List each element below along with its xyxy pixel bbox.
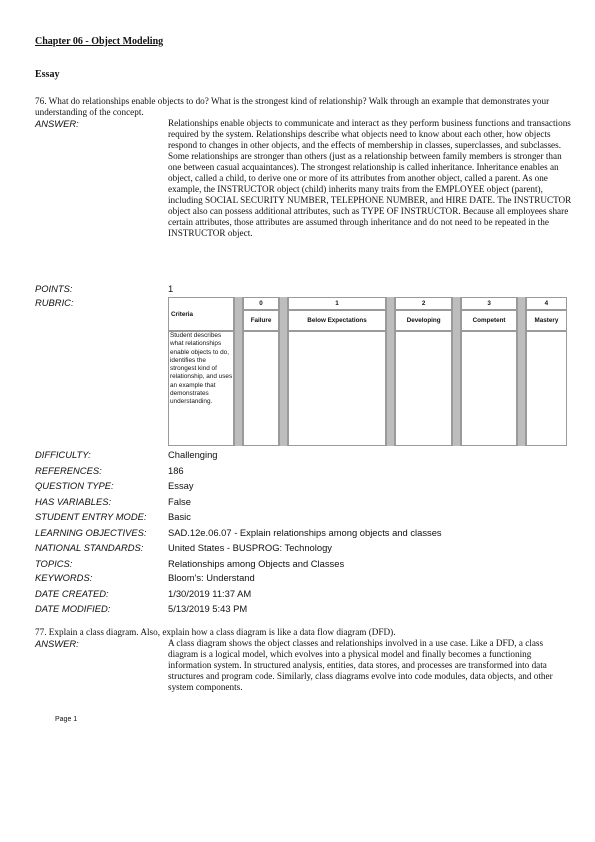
rubric-level-score: 2 <box>395 297 452 310</box>
answer-label: ANSWER: <box>35 638 79 649</box>
metadata-label: QUESTION TYPE: <box>35 480 114 491</box>
answer-label: ANSWER: <box>35 118 79 129</box>
metadata-label: KEYWORDS: <box>35 572 92 583</box>
metadata-label: STUDENT ENTRY MODE: <box>35 511 146 522</box>
rubric-cell-empty <box>288 331 386 446</box>
metadata-value: 5/13/2019 5:43 PM <box>168 603 247 614</box>
answer-text: Relationships enable objects to communic… <box>168 118 573 239</box>
metadata-value: SAD.12e.06.07 - Explain relationships am… <box>168 527 442 538</box>
rubric-label: RUBRIC: <box>35 297 74 308</box>
points-label: POINTS: <box>35 283 73 294</box>
metadata-label: NATIONAL STANDARDS: <box>35 542 143 553</box>
metadata-row: DATE CREATED: 1/30/2019 11:37 AM <box>0 588 595 603</box>
rubric-level-score: 1 <box>288 297 386 310</box>
chapter-title: Chapter 06 - Object Modeling <box>35 36 163 47</box>
metadata-row: REFERENCES: 186 <box>0 465 595 480</box>
points-value: 1 <box>168 283 173 294</box>
answer-text: A class diagram shows the object classes… <box>168 638 573 693</box>
metadata-row: HAS VARIABLES: False <box>0 496 595 511</box>
metadata-value: United States - BUSPROG: Technology <box>168 542 332 553</box>
section-title: Essay <box>35 69 59 80</box>
rubric-level-score: 4 <box>526 297 567 310</box>
metadata-value: Basic <box>168 511 191 522</box>
rubric-level-score: 0 <box>243 297 279 310</box>
metadata-row: KEYWORDS: Bloom's: Understand <box>0 572 595 587</box>
metadata-label: DATE MODIFIED: <box>35 603 110 614</box>
metadata-row: DIFFICULTY: Challenging <box>0 449 595 464</box>
rubric-criteria-header: Criteria <box>168 297 234 331</box>
rubric-cell-empty <box>526 331 567 446</box>
question-text: 76. What do relationships enable objects… <box>35 96 575 118</box>
metadata-value: Relationships among Objects and Classes <box>168 558 344 569</box>
metadata-label: HAS VARIABLES: <box>35 496 111 507</box>
rubric-gutter <box>234 297 243 446</box>
metadata-value: Essay <box>168 480 194 491</box>
rubric-table: Criteria 0 1 2 3 4 Failure Below Expecta… <box>168 297 567 447</box>
rubric-cell-empty <box>461 331 517 446</box>
rubric-level-label: Developing <box>395 310 452 331</box>
metadata-label: DATE CREATED: <box>35 588 109 599</box>
metadata-row: QUESTION TYPE: Essay <box>0 480 595 495</box>
question-text: 77. Explain a class diagram. Also, expla… <box>35 627 575 638</box>
rubric-gutter <box>279 297 288 446</box>
rubric-level-label: Mastery <box>526 310 567 331</box>
metadata-value: Challenging <box>168 449 218 460</box>
page-number: Page 1 <box>55 716 77 723</box>
metadata-row: TOPICS: Relationships among Objects and … <box>0 558 595 573</box>
metadata-row: DATE MODIFIED: 5/13/2019 5:43 PM <box>0 603 595 618</box>
metadata-value: 186 <box>168 465 184 476</box>
rubric-criteria-text: Student describes what relationships ena… <box>168 331 234 446</box>
rubric-level-score: 3 <box>461 297 517 310</box>
metadata-label: LEARNING OBJECTIVES: <box>35 527 146 538</box>
rubric-gutter <box>386 297 395 446</box>
rubric-level-label: Competent <box>461 310 517 331</box>
metadata-row: NATIONAL STANDARDS: United States - BUSP… <box>0 542 595 557</box>
rubric-gutter <box>517 297 526 446</box>
metadata-row: LEARNING OBJECTIVES: SAD.12e.06.07 - Exp… <box>0 527 595 542</box>
metadata-value: 1/30/2019 11:37 AM <box>168 588 251 599</box>
rubric-level-label: Failure <box>243 310 279 331</box>
metadata-value: Bloom's: Understand <box>168 572 255 583</box>
metadata-value: False <box>168 496 191 507</box>
rubric-cell-empty <box>395 331 452 446</box>
metadata-label: TOPICS: <box>35 558 72 569</box>
rubric-cell-empty <box>243 331 279 446</box>
metadata-row: STUDENT ENTRY MODE: Basic <box>0 511 595 526</box>
metadata-label: REFERENCES: <box>35 465 102 476</box>
rubric-gutter <box>452 297 461 446</box>
metadata-label: DIFFICULTY: <box>35 449 91 460</box>
rubric-level-label: Below Expectations <box>288 310 386 331</box>
